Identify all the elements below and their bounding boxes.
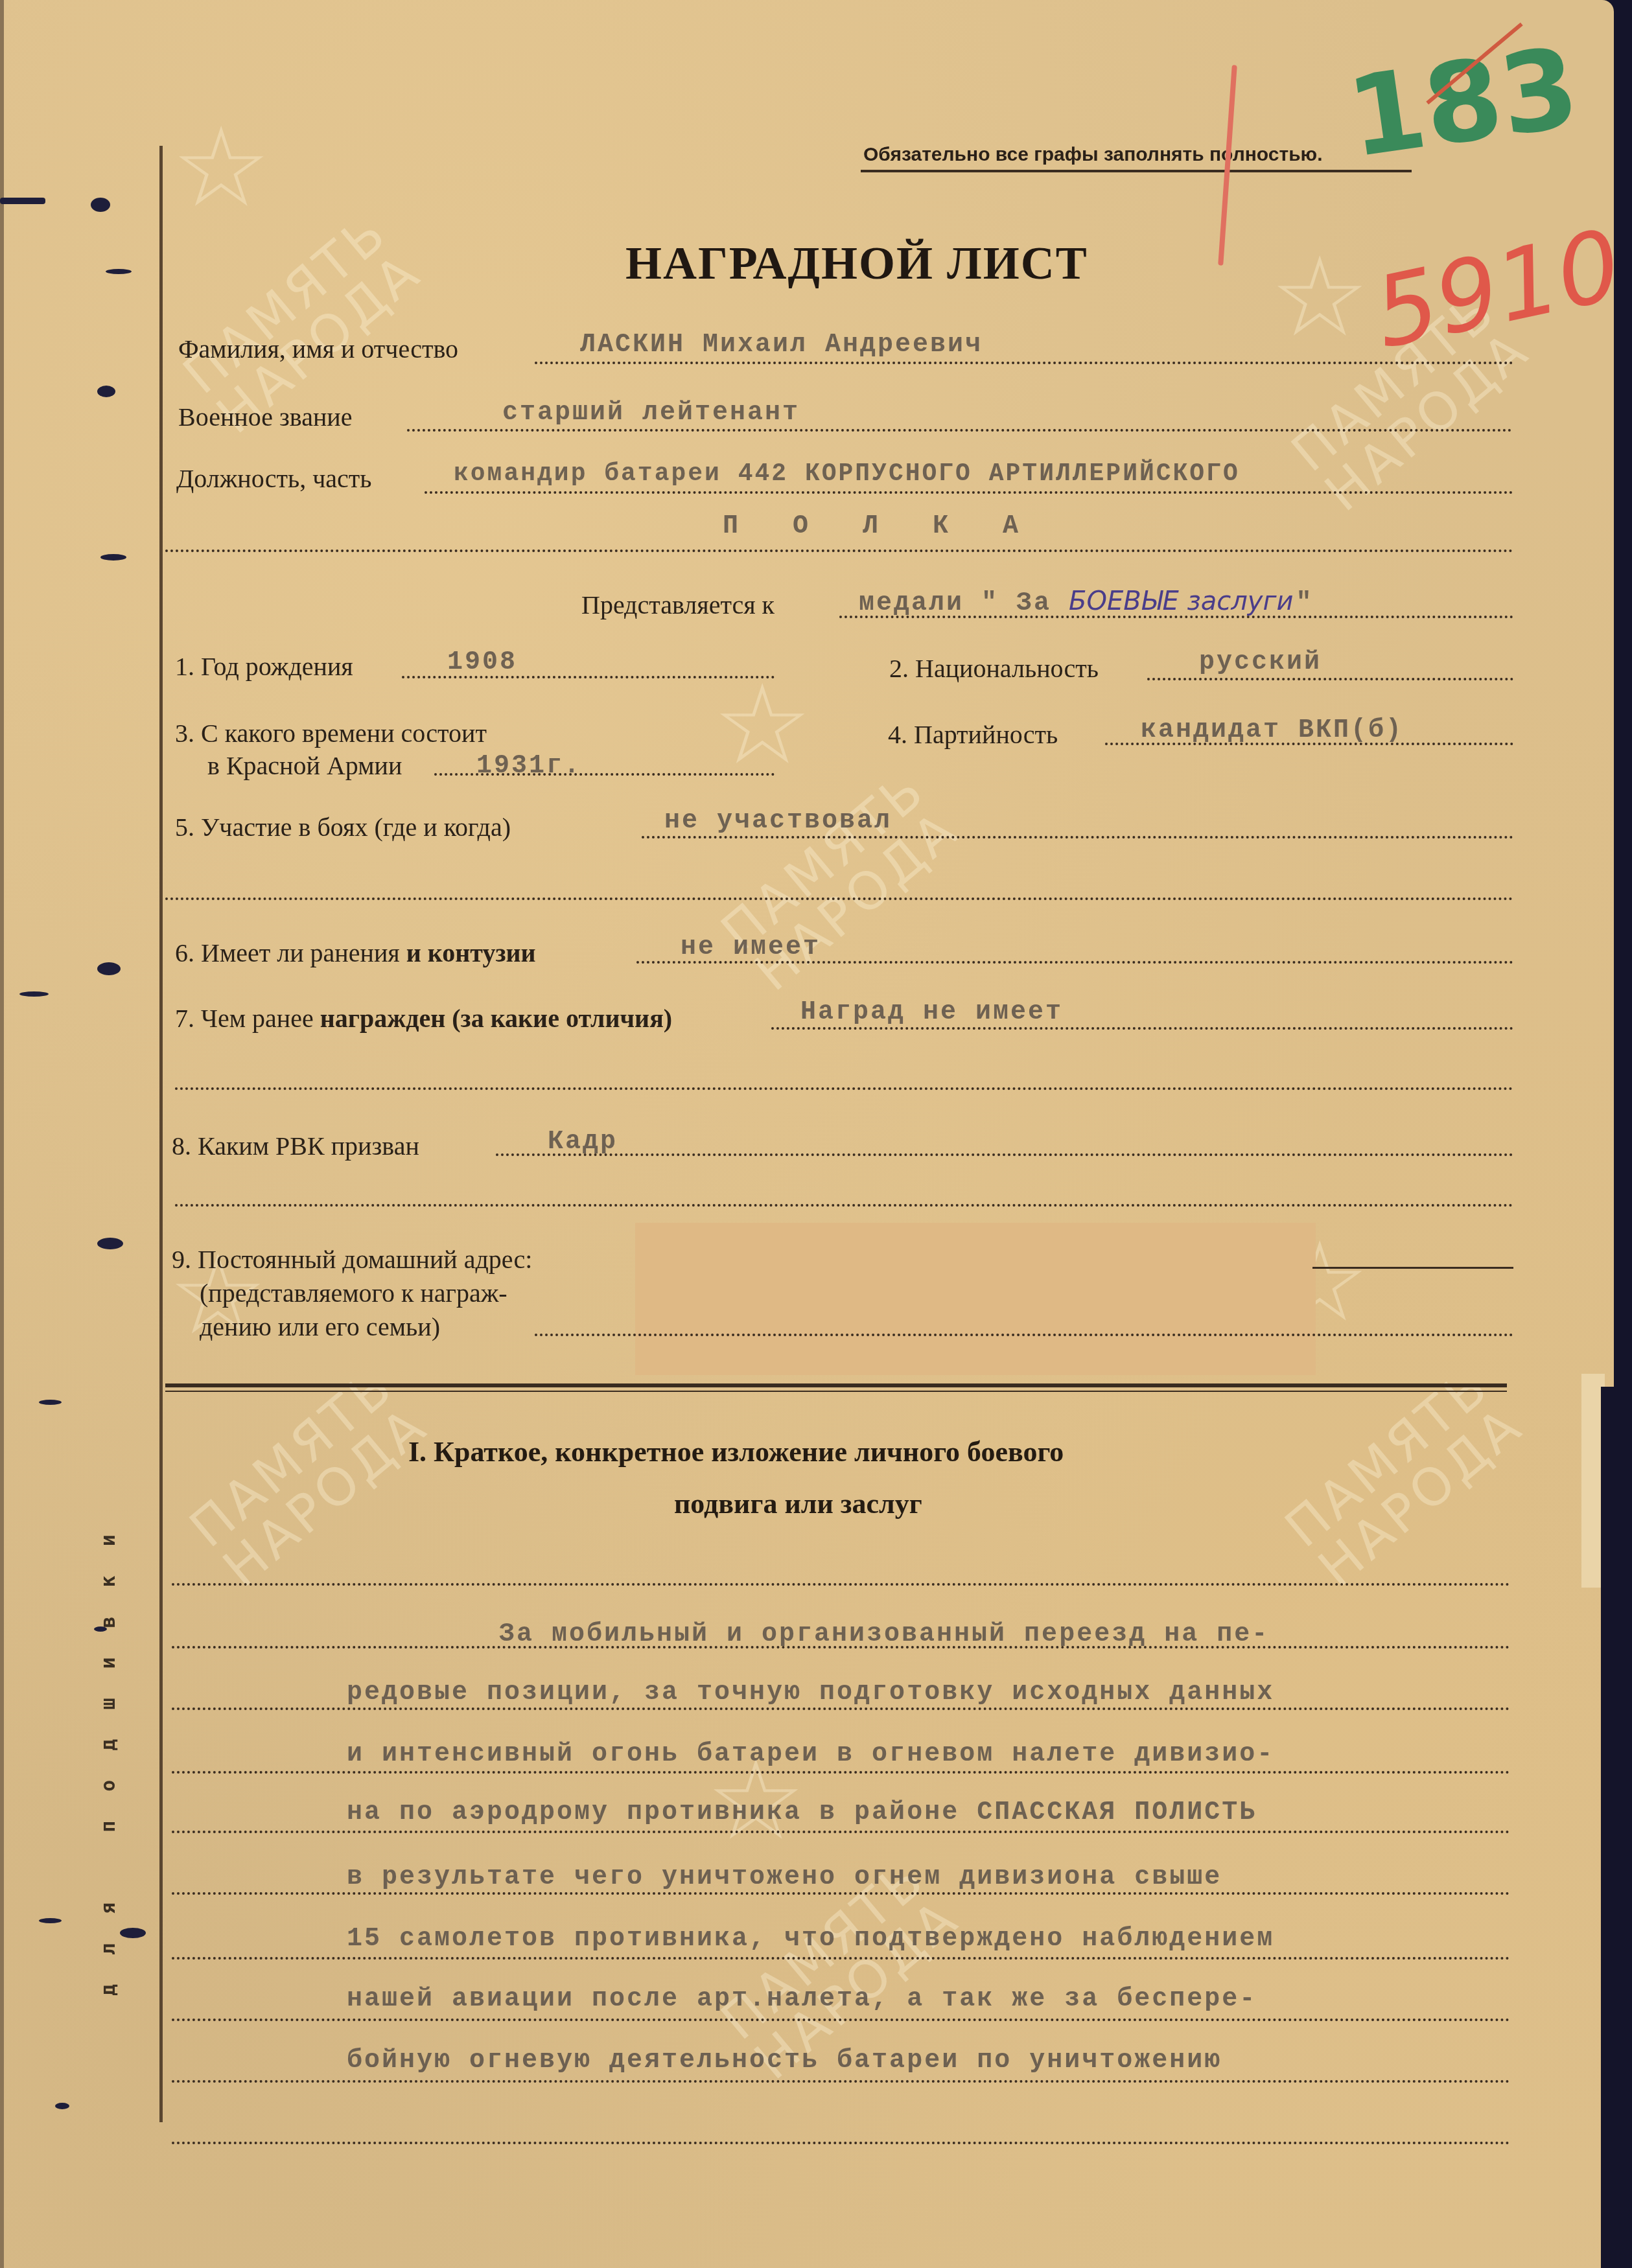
binding-mark xyxy=(19,991,49,997)
birth-year-value: 1908 xyxy=(447,648,517,677)
wounds-label-prefix: 6. Имеет ли ранения xyxy=(175,938,406,967)
section1-line-3 xyxy=(172,1771,1510,1774)
handwritten-number-red: 5910 xyxy=(1365,209,1631,371)
section1-line-9 xyxy=(172,2142,1510,2144)
prior-awards-label-prefix: 7. Чем ранее xyxy=(175,1004,320,1033)
prior-awards-label-bold: награжден (за какие отличия) xyxy=(320,1004,672,1033)
birth-year-label: 1. Год рождения xyxy=(175,651,353,682)
rank-value: старший лейтенант xyxy=(502,399,800,428)
address-label-2: (представляемого к награж- xyxy=(200,1278,507,1308)
battles-label: 5. Участие в боях (где и когда) xyxy=(175,812,511,842)
wounds-value: не имеет xyxy=(681,933,821,962)
section1-line-8 xyxy=(172,2080,1510,2083)
watermark-text: ПАМЯТЬНАРОДА xyxy=(181,1358,436,1595)
margin-binding-label: для подшивки xyxy=(97,1505,120,1996)
section1-heading-2: подвига или заслуг xyxy=(674,1487,922,1520)
army-since-label: 3. С какого времени состоит xyxy=(175,718,487,748)
watermark-star-icon: ☆ xyxy=(172,104,270,232)
watermark-text: ПАМЯТЬНАРОДА xyxy=(1277,1358,1532,1595)
binding-mark xyxy=(100,554,126,561)
rvk-label: 8. Каким РВК призван xyxy=(172,1131,419,1161)
redacted-address xyxy=(635,1223,1316,1375)
section1-line-5 xyxy=(172,1892,1510,1895)
merit-text-line: в результате чего уничтожено огнем дивиз… xyxy=(347,1863,1222,1892)
full-name-label: Фамилия, имя и отчество xyxy=(178,334,458,364)
award-handwritten-part: БОЕВЫЕ заслуги xyxy=(1069,586,1293,616)
merit-text-line: редовые позиции, за точную подготовку ис… xyxy=(347,1678,1274,1707)
merit-text-line: бойную огневую деятельность батареи по у… xyxy=(347,2046,1222,2076)
nominated-for-label: Представляется к xyxy=(581,590,775,620)
award-typed-part: медали " За xyxy=(859,589,1069,618)
nationality-label: 2. Национальность xyxy=(889,653,1099,684)
page-edge xyxy=(0,0,4,2268)
rvk-value: Кадр xyxy=(548,1128,618,1157)
binding-mark xyxy=(97,386,115,397)
position-value-line2: П О Л К А xyxy=(723,512,1038,541)
position-line-2 xyxy=(165,550,1513,552)
battles-line xyxy=(642,836,1513,839)
prior-awards-value: Наград не имеет xyxy=(800,998,1063,1027)
binding-mark xyxy=(39,1918,62,1923)
army-since-value: 1931г. xyxy=(476,752,581,781)
section1-heading: I. Краткое, конкретное изложение личного… xyxy=(408,1435,1064,1468)
watermark-text: ПАМЯТЬНАРОДА xyxy=(713,762,968,999)
battles-value: не участвовал xyxy=(664,807,892,836)
binding-hole xyxy=(120,1928,146,1938)
section1-line-4 xyxy=(172,1831,1510,1833)
prior-awards-label: 7. Чем ранее награжден (за какие отличия… xyxy=(175,1003,672,1034)
binding-mark xyxy=(94,1626,107,1632)
section1-line-0 xyxy=(172,1583,1510,1586)
merit-text-line: За мобильный и организованный переезд на… xyxy=(499,1620,1269,1649)
merit-text-line: нашей авиации после арт.налета, а так же… xyxy=(347,1985,1257,2014)
award-closing-quote: " xyxy=(1296,589,1313,618)
notice-underline xyxy=(861,170,1412,172)
merit-text-line: 15 самолетов противника, что подтвержден… xyxy=(347,1925,1274,1954)
handwritten-number-green: 183 xyxy=(1340,23,1586,182)
rvk-line-2 xyxy=(175,1204,1513,1207)
binding-hole xyxy=(91,198,110,212)
binding-mark xyxy=(55,2103,69,2109)
merit-text-line: и интенсивный огонь батареи в огневом на… xyxy=(347,1740,1274,1769)
scan-background xyxy=(1601,1387,1614,2268)
wounds-label: 6. Имеет ли ранения и контузии xyxy=(175,938,536,968)
battles-line-2 xyxy=(165,897,1513,900)
binding-margin-line xyxy=(159,146,163,2122)
section1-line-6 xyxy=(172,1957,1510,1960)
address-line xyxy=(1312,1267,1513,1269)
party-label: 4. Партийность xyxy=(888,719,1058,750)
wounds-label-bold: и контузии xyxy=(406,938,536,967)
prior-awards-line xyxy=(771,1027,1513,1030)
position-value: командир батареи 442 КОРПУСНОГО АРТИЛЛЕР… xyxy=(454,460,1240,488)
section-divider-thin xyxy=(165,1391,1507,1392)
binding-mark xyxy=(0,198,45,204)
position-label: Должность, часть xyxy=(176,463,372,494)
watermark-star-icon: ☆ xyxy=(1270,233,1369,362)
binding-mark xyxy=(39,1400,62,1405)
section1-line-7 xyxy=(172,2019,1510,2021)
notice-text: Обязательно все графы заполнять полность… xyxy=(863,144,1323,166)
binding-hole xyxy=(97,962,121,975)
prior-awards-line-2 xyxy=(175,1087,1513,1090)
nationality-value: русский xyxy=(1199,648,1322,677)
section1-line-2 xyxy=(172,1707,1510,1710)
address-line-2 xyxy=(535,1334,1513,1336)
full-name-value: ЛАСКИН Михаил Андреевич xyxy=(580,330,983,360)
award-sheet-page: для подшивки ☆ ПАМЯТЬНАРОДА ☆ ПАМЯТЬНАРО… xyxy=(0,0,1614,2268)
address-label-3: дению или его семьи) xyxy=(200,1312,440,1342)
nationality-line xyxy=(1147,678,1513,680)
army-since-label-2: в Красной Армии xyxy=(207,750,402,781)
address-label: 9. Постоянный домашний адрес: xyxy=(172,1244,532,1275)
position-line xyxy=(425,491,1513,494)
party-value: кандидат ВКП(б) xyxy=(1141,716,1403,745)
section1-line-1 xyxy=(172,1646,1510,1649)
rank-line xyxy=(407,429,1512,432)
rvk-line xyxy=(496,1153,1513,1156)
section-divider xyxy=(165,1383,1507,1387)
nominated-for-value: медали " За БОЕВЫЕ заслуги " xyxy=(859,586,1313,618)
merit-text-line: на по аэродрому противника в районе СПАС… xyxy=(347,1798,1257,1827)
document-title: НАГРАДНОЙ ЛИСТ xyxy=(625,237,1088,290)
binding-mark xyxy=(106,269,132,274)
watermark-star-icon: ☆ xyxy=(713,661,811,789)
binding-hole xyxy=(97,1238,123,1249)
rank-label: Военное звание xyxy=(178,402,352,432)
full-name-line xyxy=(535,362,1513,364)
